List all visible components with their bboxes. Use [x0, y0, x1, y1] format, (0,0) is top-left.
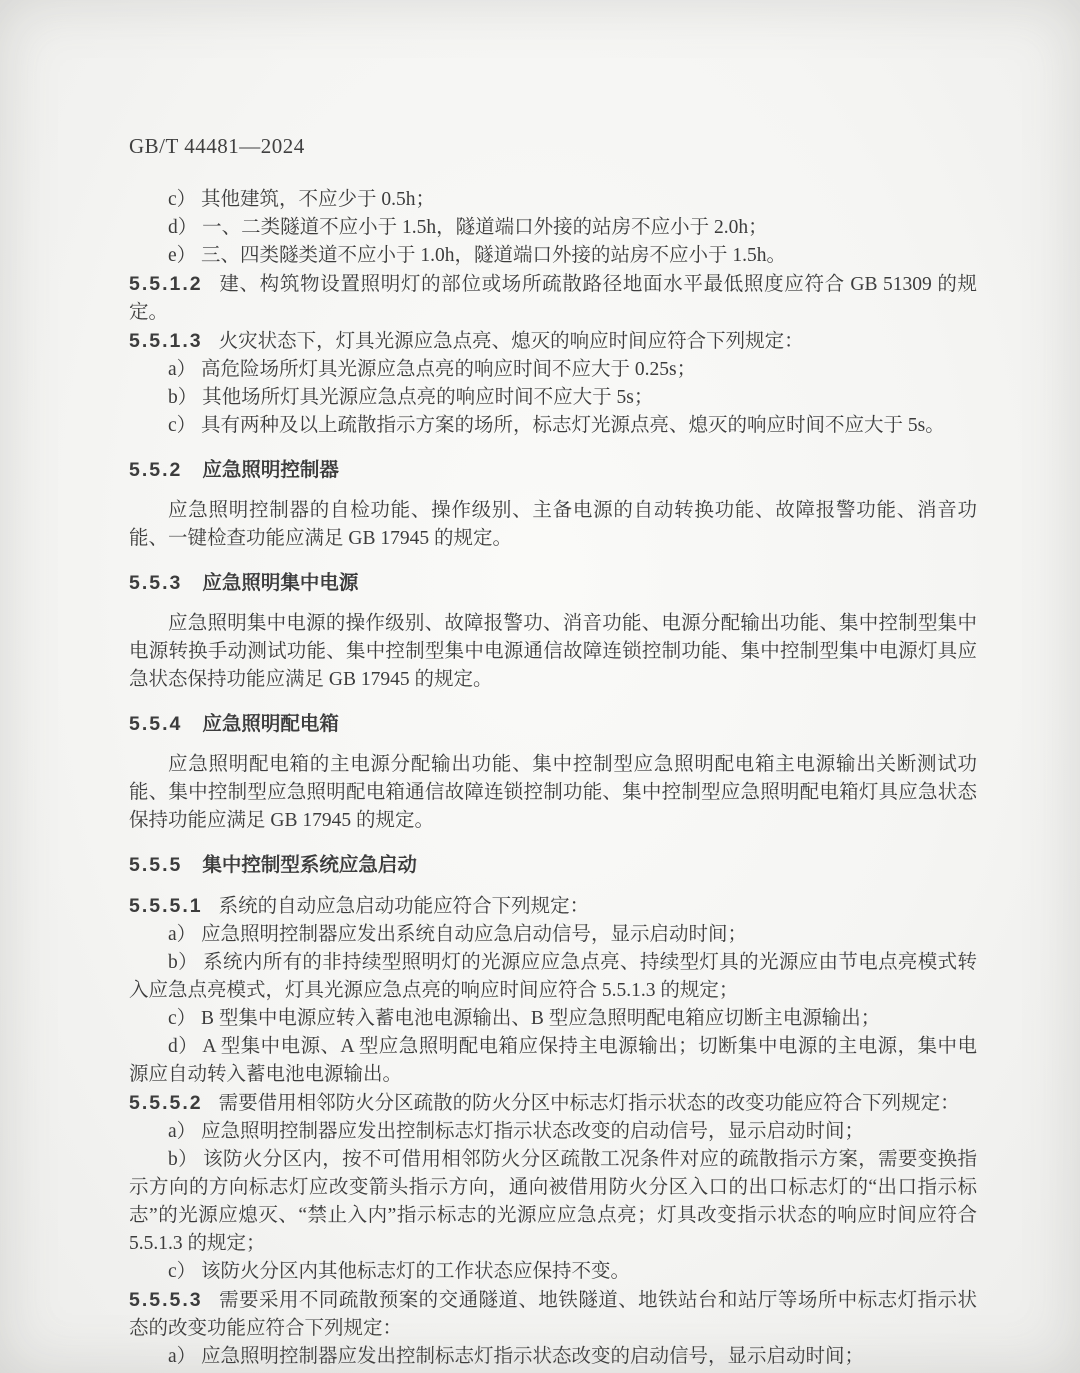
section-number: 5.5.4: [129, 713, 182, 735]
clause: 5.5.1.2建、构筑物设置照明灯的部位或场所疏散路径地面水平最低照度应符合 G…: [129, 270, 977, 327]
list-item: d） A 型集中电源、A 型应急照明配电箱应保持主电源输出；切断集中电源的主电源…: [129, 1033, 977, 1089]
page-content: GB/T 44481—2024 c） 其他建筑，不应少于 0.5h； d） 一、…: [129, 134, 977, 1371]
section-heading: 5.5.4应急照明配电箱: [129, 710, 977, 738]
section-heading: 5.5.3应急照明集中电源: [129, 569, 977, 597]
clause: 5.5.5.2需要借用相邻防火分区疏散的防火分区中标志灯指示状态的改变功能应符合…: [129, 1089, 977, 1118]
list-item: c） B 型集中电源应转入蓄电池电源输出、B 型应急照明配电箱应切断主电源输出；: [129, 1005, 977, 1033]
list-item: b） 其他场所灯具光源应急点亮的响应时间不应大于 5s；: [129, 384, 977, 412]
document-page: GB/T 44481—2024 c） 其他建筑，不应少于 0.5h； d） 一、…: [0, 0, 1080, 1373]
clause-number: 5.5.5.1: [129, 895, 203, 917]
list-item: d） 一、二类隧道不应小于 1.5h，隧道端口外接的站房不应小于 2.0h；: [129, 214, 977, 242]
list-item: b） 该防火分区内，按不可借用相邻防火分区疏散工况条件对应的疏散指示方案，需要变…: [129, 1146, 977, 1258]
section-heading: 5.5.5集中控制型系统应急启动: [129, 851, 977, 879]
clause: 5.5.5.3需要采用不同疏散预案的交通隧道、地铁隧道、地铁站台和站厅等场所中标…: [129, 1286, 977, 1343]
list-item: c） 具有两种及以上疏散指示方案的场所，标志灯光源点亮、熄灭的响应时间不应大于 …: [129, 412, 977, 440]
list-item: a） 高危险场所灯具光源应急点亮的响应时间不应大于 0.25s；: [129, 356, 977, 384]
section-number: 5.5.2: [129, 459, 182, 481]
section-number: 5.5.3: [129, 572, 182, 594]
list-item: a） 应急照明控制器应发出控制标志灯指示状态改变的启动信号，显示启动时间；: [129, 1118, 977, 1146]
paragraph: 应急照明集中电源的操作级别、故障报警功、消音功能、电源分配输出功能、集中控制型集…: [129, 610, 977, 694]
section-title: 应急照明集中电源: [202, 572, 358, 594]
clause-number: 5.5.1.3: [129, 330, 203, 352]
list-item: a） 应急照明控制器应发出系统自动应急启动信号，显示启动时间；: [129, 921, 977, 949]
list-item: b） 系统内所有的非持续型照明灯的光源应应急点亮、持续型灯具的光源应由节电点亮模…: [129, 949, 977, 1005]
list-item: e） 三、四类隧类道不应小于 1.0h，隧道端口外接的站房不应小于 1.5h。: [129, 242, 977, 270]
list-item: a） 应急照明控制器应发出控制标志灯指示状态改变的启动信号，显示启动时间；: [129, 1343, 977, 1371]
clause-text: 建、构筑物设置照明灯的部位或场所疏散路径地面水平最低照度应符合 GB 51309…: [129, 274, 977, 323]
section-number: 5.5.5: [129, 854, 182, 876]
section-title: 应急照明控制器: [202, 459, 339, 481]
list-item: c） 其他建筑，不应少于 0.5h；: [129, 186, 977, 214]
clause: 5.5.5.1系统的自动应急启动功能应符合下列规定：: [129, 892, 977, 921]
paragraph: 应急照明配电箱的主电源分配输出功能、集中控制型应急照明配电箱主电源输出关断测试功…: [129, 751, 977, 835]
list-item: c） 该防火分区内其他标志灯的工作状态应保持不变。: [129, 1258, 977, 1286]
section-heading: 5.5.2应急照明控制器: [129, 456, 977, 484]
section-title: 集中控制型系统应急启动: [202, 854, 417, 876]
clause-text: 需要采用不同疏散预案的交通隧道、地铁隧道、地铁站台和站厅等场所中标志灯指示状态的…: [129, 1290, 977, 1339]
clause-text: 火灾状态下，灯具光源应急点亮、熄灭的响应时间应符合下列规定：: [219, 331, 804, 352]
clause-number: 5.5.5.2: [129, 1092, 203, 1114]
clause-text: 需要借用相邻防火分区疏散的防火分区中标志灯指示状态的改变功能应符合下列规定：: [219, 1093, 960, 1114]
clause-text: 系统的自动应急启动功能应符合下列规定：: [219, 896, 590, 917]
clause-number: 5.5.5.3: [129, 1289, 203, 1311]
section-title: 应急照明配电箱: [202, 713, 339, 735]
paragraph: 应急照明控制器的自检功能、操作级别、主备电源的自动转换功能、故障报警功能、消音功…: [129, 497, 977, 553]
clause-number: 5.5.1.2: [129, 273, 203, 295]
doc-code: GB/T 44481—2024: [129, 134, 977, 159]
clause: 5.5.1.3火灾状态下，灯具光源应急点亮、熄灭的响应时间应符合下列规定：: [129, 327, 977, 356]
